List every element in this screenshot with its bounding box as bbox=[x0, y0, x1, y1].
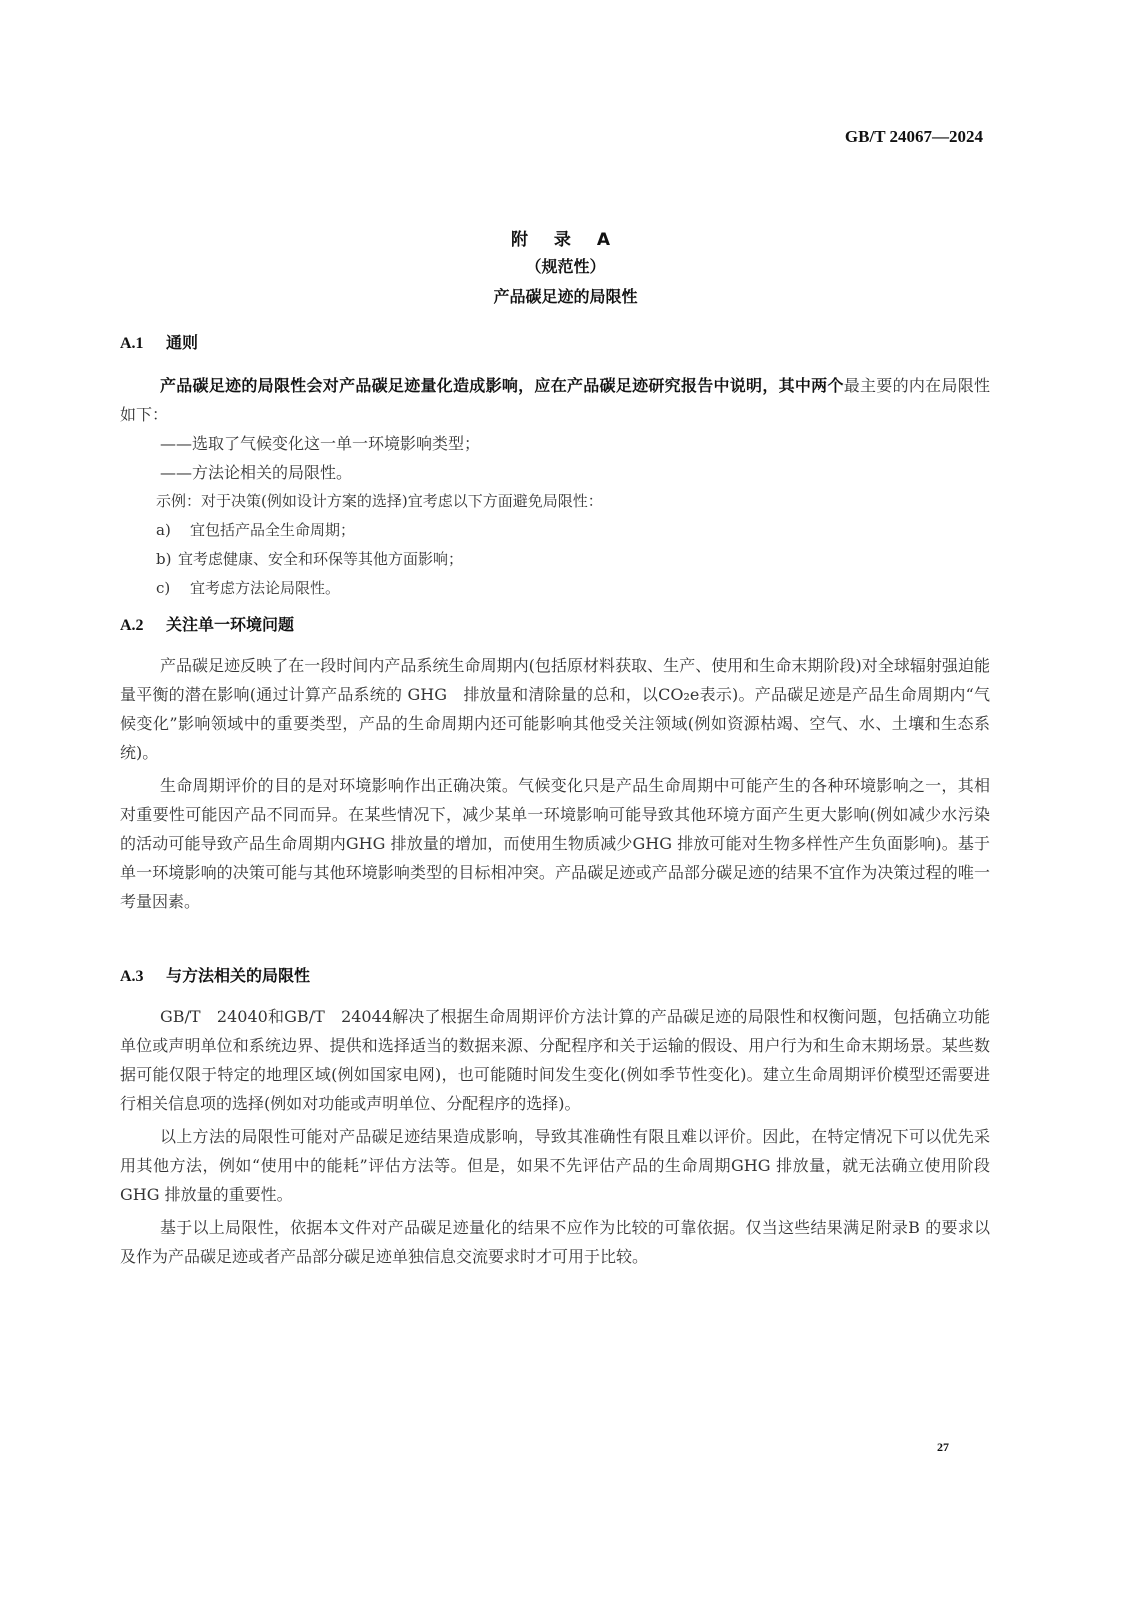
list-marker: c) bbox=[156, 574, 190, 603]
list-marker: b) bbox=[156, 545, 178, 574]
list-item: c)宜考虑方法论局限性。 bbox=[120, 574, 990, 603]
body-paragraph: 以上方法的局限性可能对产品碳足迹结果造成影响，导致其准确性有限且难以评价。因此，… bbox=[120, 1122, 990, 1209]
section-heading: A.2关注单一环境问题 bbox=[120, 612, 990, 635]
intro-bold-text: 产品碳足迹的局限性会对产品碳足迹量化造成影响，应在产品碳足迹研究报告中说明，其中… bbox=[160, 376, 844, 395]
standard-number: GB/T 24067—2024 bbox=[845, 127, 983, 147]
body-paragraph: 生命周期评价的目的是对环境影响作出正确决策。气候变化只是产品生命周期中可能产生的… bbox=[120, 771, 990, 916]
page-number: 27 bbox=[937, 1440, 949, 1455]
section-number: A.1 bbox=[120, 335, 166, 353]
list-item: b)宜考虑健康、安全和环保等其他方面影响； bbox=[120, 545, 990, 574]
document-page: GB/T 24067—2024 附 录 A （规范性） 产品碳足迹的局限性 A.… bbox=[0, 0, 1131, 1600]
list-item: a)宜包括产品全生命周期； bbox=[120, 516, 990, 545]
section-number: A.3 bbox=[120, 968, 166, 986]
body-paragraph: GB/T 24040和GB/T 24044解决了根据生命周期评价方法计算的产品碳… bbox=[120, 1002, 990, 1118]
list-text: 宜考虑方法论局限性。 bbox=[190, 579, 340, 597]
list-text: 宜考虑健康、安全和环保等其他方面影响； bbox=[178, 550, 463, 568]
intro-paragraph: 产品碳足迹的局限性会对产品碳足迹量化造成影响，应在产品碳足迹研究报告中说明，其中… bbox=[120, 371, 990, 429]
section-a2: A.2关注单一环境问题 产品碳足迹反映了在一段时间内产品系统生命周期内(包括原材… bbox=[120, 612, 990, 916]
annex-nature: （规范性） bbox=[0, 254, 1131, 277]
dash-item: ——选取了气候变化这一单一环境影响类型； bbox=[120, 429, 990, 458]
section-a3: A.3与方法相关的局限性 GB/T 24040和GB/T 24044解决了根据生… bbox=[120, 963, 990, 1271]
section-a1: A.1通则 产品碳足迹的局限性会对产品碳足迹量化造成影响，应在产品碳足迹研究报告… bbox=[120, 330, 990, 603]
section-title: 与方法相关的局限性 bbox=[166, 966, 310, 985]
annex-label: 附 录 A bbox=[0, 225, 1131, 250]
dash-item: ——方法论相关的局限性。 bbox=[120, 458, 990, 487]
list-text: 宜包括产品全生命周期； bbox=[190, 521, 355, 539]
body-paragraph: 产品碳足迹反映了在一段时间内产品系统生命周期内(包括原材料获取、生产、使用和生命… bbox=[120, 651, 990, 767]
section-title: 关注单一环境问题 bbox=[166, 615, 294, 634]
section-title: 通则 bbox=[166, 333, 198, 352]
list-marker: a) bbox=[156, 516, 190, 545]
body-paragraph: 基于以上局限性，依据本文件对产品碳足迹量化的结果不应作为比较的可靠依据。仅当这些… bbox=[120, 1213, 990, 1271]
annex-title: 产品碳足迹的局限性 bbox=[0, 284, 1131, 307]
section-heading: A.3与方法相关的局限性 bbox=[120, 963, 990, 986]
example-note: 示例：对于决策(例如设计方案的选择)宜考虑以下方面避免局限性： bbox=[120, 487, 990, 516]
section-number: A.2 bbox=[120, 617, 166, 635]
section-heading: A.1通则 bbox=[120, 330, 990, 353]
